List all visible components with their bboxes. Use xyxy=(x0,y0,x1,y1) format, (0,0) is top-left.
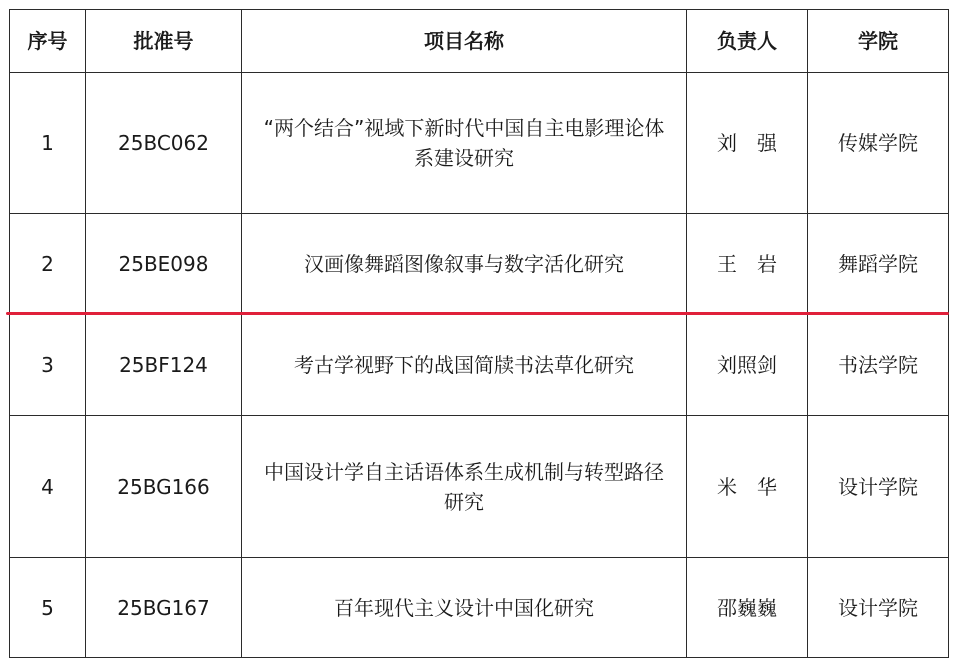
cell-index: 1 xyxy=(10,73,86,214)
cell-project-name: “两个结合”视域下新时代中国自主电影理论体系建设研究 xyxy=(242,73,687,214)
table-row: 3 25BF124 考古学视野下的战国简牍书法草化研究 刘照剑 书法学院 xyxy=(10,314,949,416)
cell-index: 4 xyxy=(10,416,86,558)
cell-leader: 邵巍巍 xyxy=(687,558,808,658)
table-row: 2 25BE098 汉画像舞蹈图像叙事与数字活化研究 王 岩 舞蹈学院 xyxy=(10,214,949,314)
cell-project-name: 中国设计学自主话语体系生成机制与转型路径研究 xyxy=(242,416,687,558)
table-row: 5 25BG167 百年现代主义设计中国化研究 邵巍巍 设计学院 xyxy=(10,558,949,658)
header-college: 学院 xyxy=(808,10,949,73)
cell-approval-no: 25BG166 xyxy=(86,416,242,558)
cell-index: 2 xyxy=(10,214,86,314)
cell-project-name: 百年现代主义设计中国化研究 xyxy=(242,558,687,658)
table-row: 1 25BC062 “两个结合”视域下新时代中国自主电影理论体系建设研究 刘 强… xyxy=(10,73,949,214)
cell-leader: 王 岩 xyxy=(687,214,808,314)
cell-college: 书法学院 xyxy=(808,314,949,416)
cell-approval-no: 25BC062 xyxy=(86,73,242,214)
cell-project-name: 汉画像舞蹈图像叙事与数字活化研究 xyxy=(242,214,687,314)
cell-approval-no: 25BF124 xyxy=(86,314,242,416)
cell-approval-no: 25BG167 xyxy=(86,558,242,658)
cell-index: 3 xyxy=(10,314,86,416)
cell-college: 设计学院 xyxy=(808,558,949,658)
cell-leader: 米 华 xyxy=(687,416,808,558)
table-header-row: 序号 批准号 项目名称 负责人 学院 xyxy=(10,10,949,73)
cell-leader: 刘照剑 xyxy=(687,314,808,416)
header-index: 序号 xyxy=(10,10,86,73)
header-leader: 负责人 xyxy=(687,10,808,73)
table-row: 4 25BG166 中国设计学自主话语体系生成机制与转型路径研究 米 华 设计学… xyxy=(10,416,949,558)
cell-approval-no: 25BE098 xyxy=(86,214,242,314)
cell-project-name: 考古学视野下的战国简牍书法草化研究 xyxy=(242,314,687,416)
cell-index: 5 xyxy=(10,558,86,658)
header-approval-no: 批准号 xyxy=(86,10,242,73)
header-project-name: 项目名称 xyxy=(242,10,687,73)
red-annotation-line xyxy=(6,312,949,315)
cell-college: 舞蹈学院 xyxy=(808,214,949,314)
cell-college: 传媒学院 xyxy=(808,73,949,214)
cell-college: 设计学院 xyxy=(808,416,949,558)
project-table: 序号 批准号 项目名称 负责人 学院 1 25BC062 “两个结合”视域下新时… xyxy=(9,9,949,658)
cell-leader: 刘 强 xyxy=(687,73,808,214)
